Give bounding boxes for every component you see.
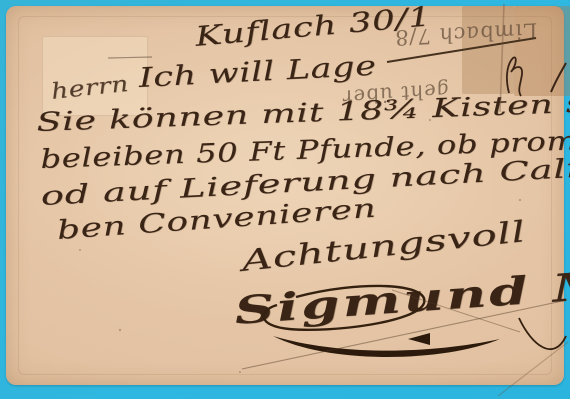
scanned-postcard: Kuflach 30/1 Limbach 7/8 herrn Ich will … [0, 0, 570, 399]
postcard-paper: Kuflach 30/1 Limbach 7/8 herrn Ich will … [6, 6, 564, 385]
handwriting-salutation: herrn [50, 72, 130, 105]
